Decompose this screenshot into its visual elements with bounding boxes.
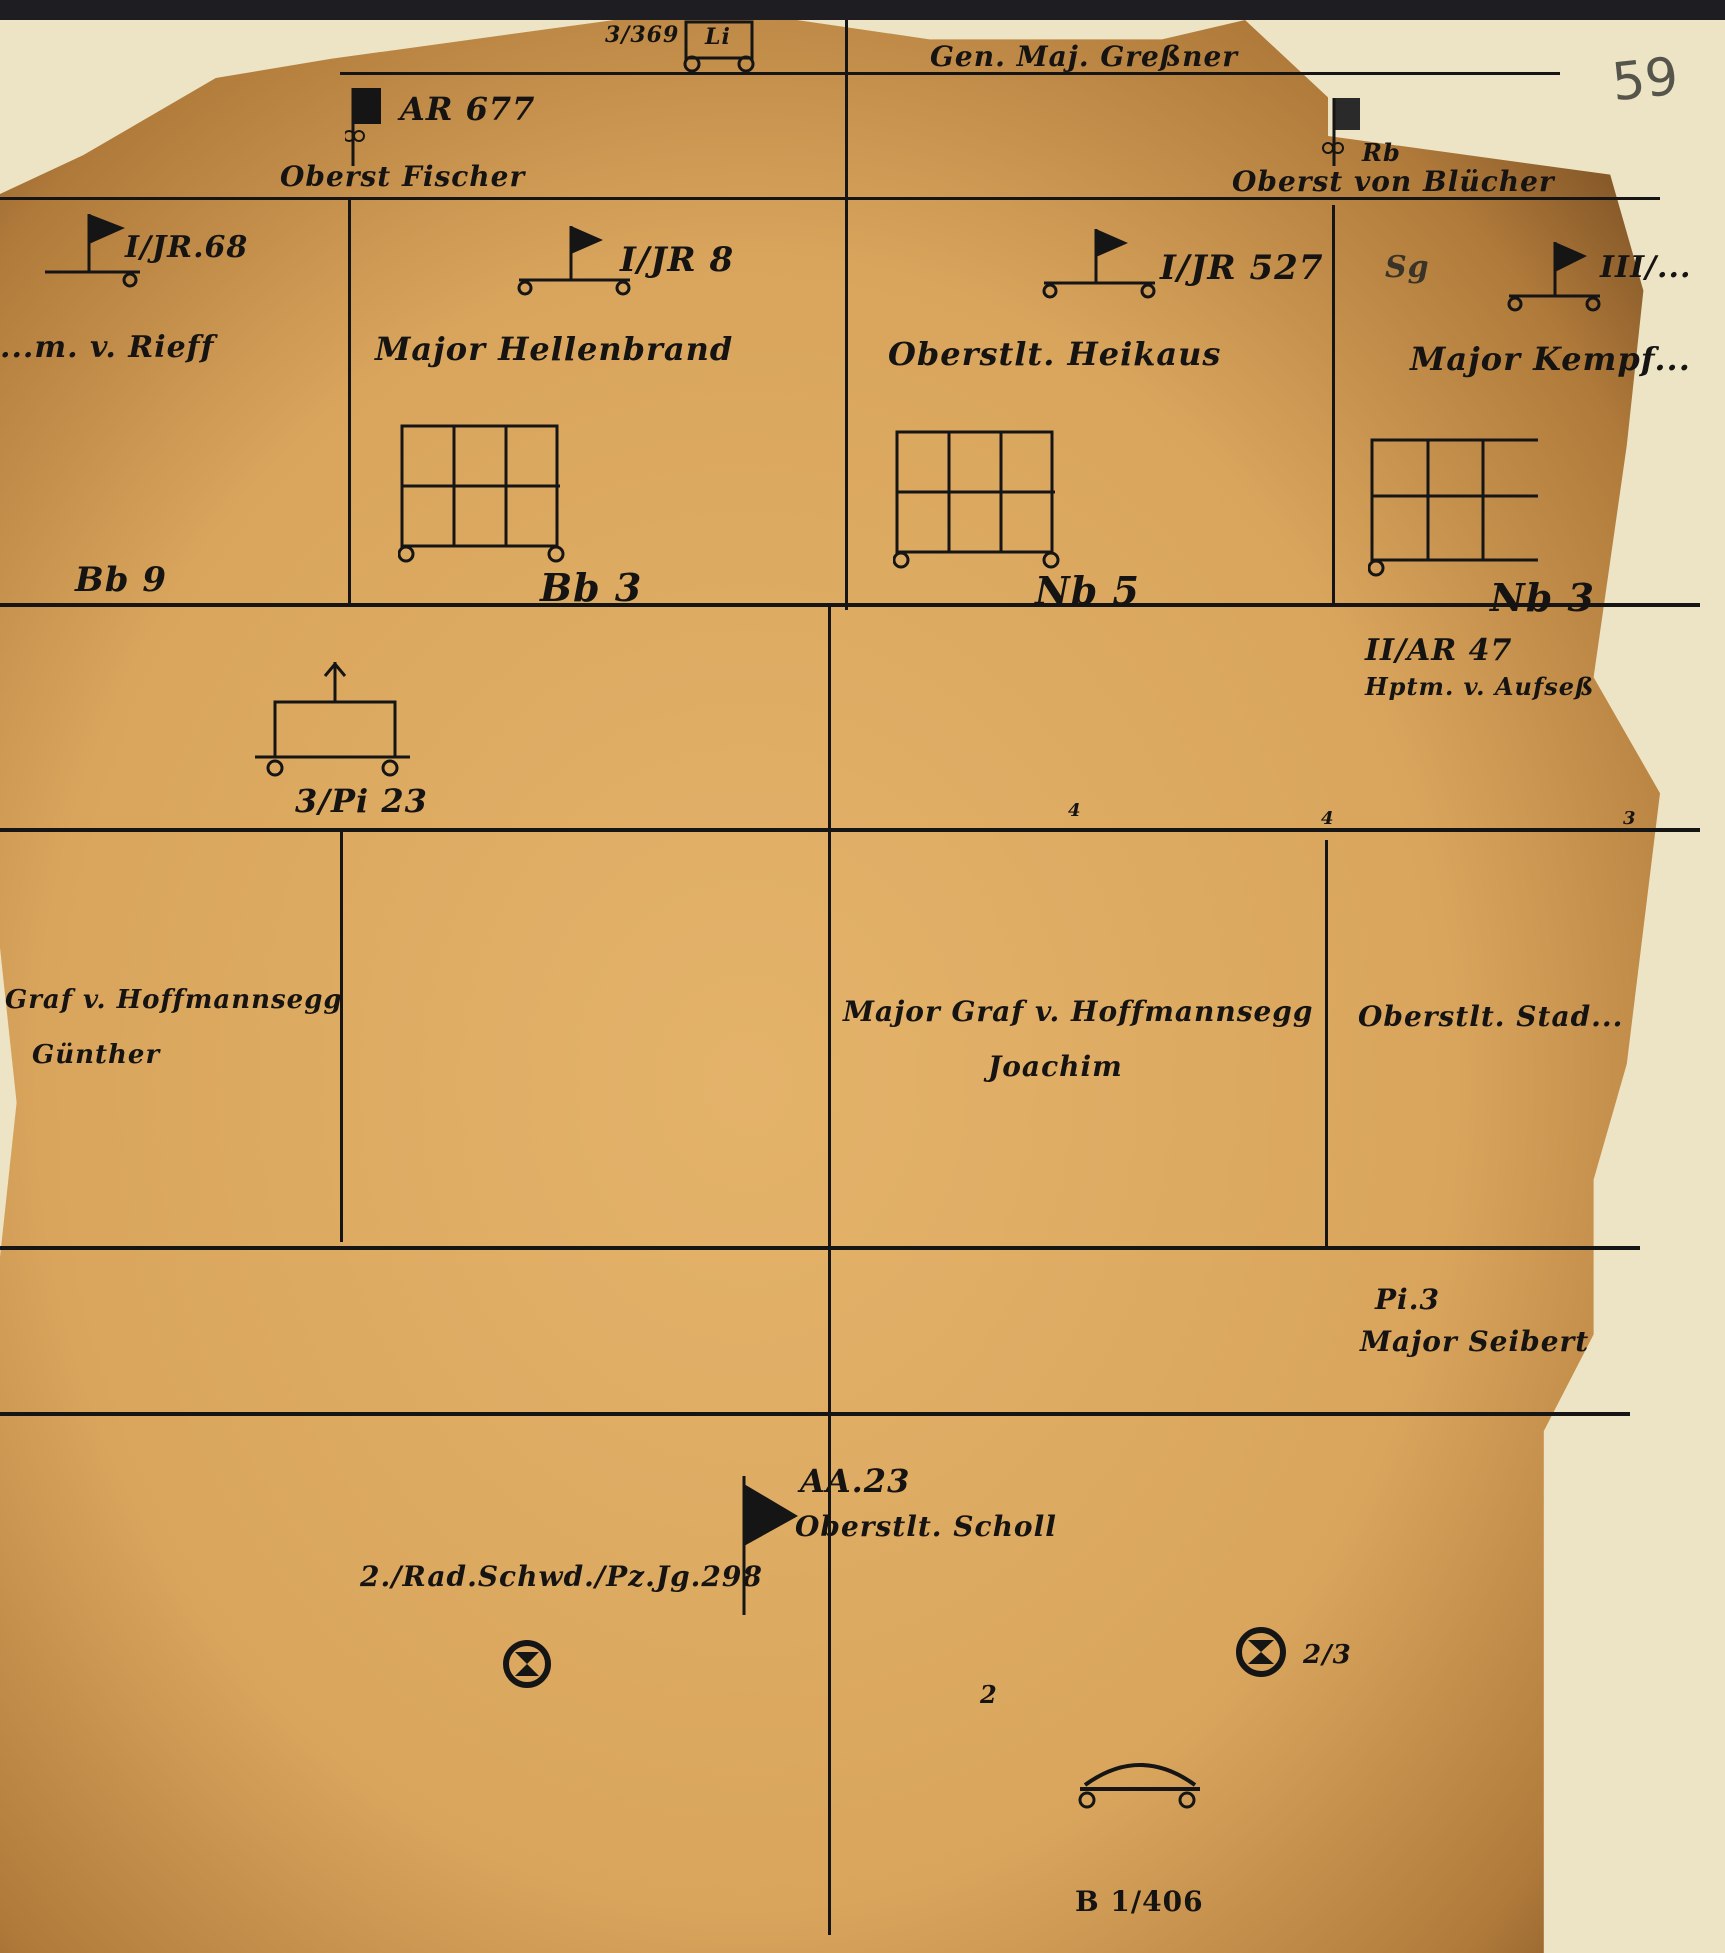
cyclist-unit: 2./Rad.Schwd./Pz.Jg.298 (360, 1560, 763, 1593)
scan-top-edge (0, 0, 1725, 20)
bridge-unit: B 1/406 (1075, 1885, 1204, 1918)
battalion-flag-icon-3 (1040, 225, 1160, 309)
motorcycle-wheel-icon-2 (1233, 1620, 1293, 1684)
pioneer-vehicle-icon (255, 662, 415, 786)
rule-row4-top (0, 1246, 1640, 1250)
battalion-commander-3: Oberstlt. Heikaus (888, 335, 1221, 373)
rule-row5-top (0, 1412, 1630, 1416)
rule-row3-col1 (340, 832, 343, 1242)
artillery-commander-1: Oberst Fischer (280, 160, 525, 193)
mg-count: 2 (980, 1680, 998, 1709)
page-number: 59 (1609, 47, 1681, 114)
recon-unit: AA.23 (800, 1462, 910, 1500)
recon-commander: Oberstlt. Scholl (795, 1510, 1057, 1543)
bridge-vehicle-icon (1075, 1745, 1205, 1829)
battalion-flag-icon-4 (1505, 238, 1605, 322)
rule-row3-col3 (1325, 840, 1328, 1250)
battalion-label-1: Bb 9 (75, 560, 167, 600)
battalion-unit-1: I/JR.68 (125, 230, 248, 265)
artillery-detachment-unit: II/AR 47 (1365, 633, 1512, 668)
pioneer-battalion-unit: Pi.3 (1375, 1283, 1440, 1316)
motorcycle-wheel-icon (503, 1630, 553, 1694)
weapon-grid-icon-3 (893, 430, 1063, 574)
battalion-commander-1: ...m. v. Rieff (0, 330, 215, 365)
rule-center-lower (828, 605, 831, 1935)
battalion-unit-4: III/... (1600, 250, 1691, 285)
commander-row3-1a: Graf v. Hoffmannsegg (5, 985, 343, 1015)
vehicle-mark: Li (705, 24, 731, 50)
commander-row3-3a: Oberstlt. Stad... (1358, 1000, 1623, 1033)
battalion-label-3: Nb 5 (1035, 568, 1140, 613)
artillery-detachment-commander: Hptm. v. Aufseß (1365, 672, 1594, 701)
battalion-commander-2: Major Hellenbrand (375, 330, 733, 368)
pioneer-battalion-commander: Major Seibert (1360, 1325, 1589, 1358)
rule-col1 (348, 198, 351, 606)
commander-row3-2a: Major Graf v. Hoffmannsegg (843, 995, 1313, 1028)
battery-count-1: 4 (1068, 800, 1082, 821)
artillery-flag-icon-2 (1318, 98, 1368, 172)
battalion-label-2: Bb 3 (540, 565, 642, 610)
artillery-unit-2: Rb (1362, 138, 1401, 167)
battalion-unit-3: I/JR 527 (1160, 248, 1323, 288)
artillery-unit-1: AR 677 (400, 90, 535, 128)
rule-row2-top (0, 603, 1700, 607)
weapon-grid-icon-4 (1368, 438, 1538, 582)
commander-row3-1b: Günther (32, 1040, 160, 1070)
header-unit-short: 3/369 (605, 22, 679, 48)
pioneer-label: 3/Pi 23 (295, 782, 428, 820)
weapon-grid-icon-2 (398, 424, 568, 568)
battery-count-2: 4 (1321, 808, 1335, 829)
fraction-label: 2/3 (1303, 1640, 1352, 1670)
rule-center (845, 20, 848, 610)
rule-row3-top (0, 828, 1700, 832)
commander-row3-2b: Joachim (988, 1050, 1123, 1083)
battalion-flag-icon-2 (515, 222, 635, 306)
battalion-commander-4: Major Kempf... (1410, 340, 1691, 378)
battery-count-3: 3 (1623, 808, 1637, 829)
battalion-unit-2: I/JR 8 (620, 240, 734, 280)
crossed-mark: Sg (1385, 250, 1430, 285)
rule-col3 (1332, 205, 1335, 605)
artillery-commander-2: Oberst von Blücher (1232, 165, 1555, 198)
division-commander: Gen. Maj. Greßner (930, 40, 1238, 73)
